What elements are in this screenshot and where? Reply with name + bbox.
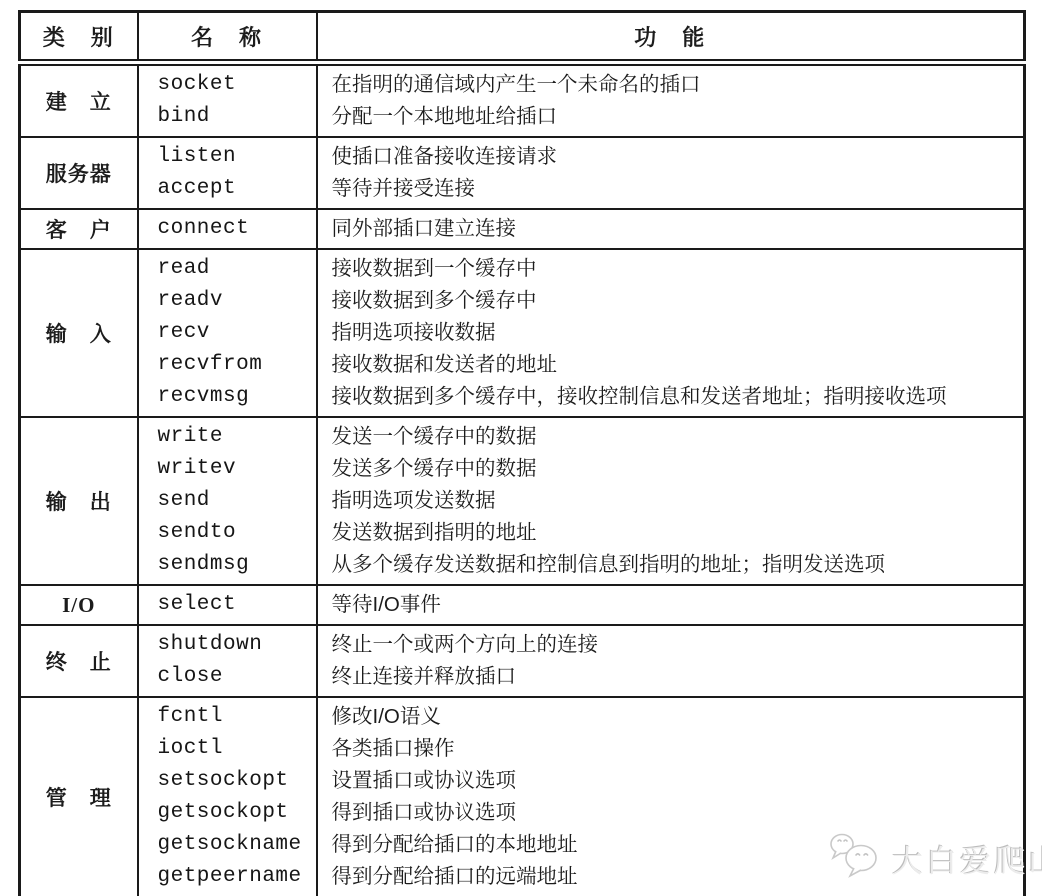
api-description: 同外部插口建立连接 [332,213,1024,245]
api-name: sendto [158,517,316,549]
api-name: close [158,661,316,693]
table-row-server: 服务器 listen accept 使插口准备接收连接请求 等待并接受连接 [20,137,1025,209]
api-name: recvmsg [158,381,316,413]
api-name: getsockopt [158,797,316,829]
api-name: getsockname [158,829,316,861]
category-cell: I/O [20,585,138,625]
api-description: 各类插口操作 [332,733,1024,765]
api-name: setsockopt [158,765,316,797]
table-row-input: 输 入 read readv recv recvfrom recvmsg 接收数… [20,249,1025,417]
api-name: writev [158,453,316,485]
api-name: read [158,253,316,285]
socket-api-table: 类 别 名 称 功 能 建 立 socket bind 在指明的通信域内产生一个… [18,10,1026,896]
api-name: sendmsg [158,549,316,581]
header-function: 功 能 [317,12,1025,63]
api-description: 从多个缓存发送数据和控制信息到指明的地址；指明发送选项 [332,549,1024,581]
api-name: write [158,421,316,453]
api-description: 发送多个缓存中的数据 [332,453,1024,485]
api-description: 发送一个缓存中的数据 [332,421,1024,453]
category-cell: 建 立 [20,63,138,138]
category-cell: 管 理 [20,697,138,896]
api-name: accept [158,173,316,205]
table-row-terminate: 终 止 shutdown close 终止一个或两个方向上的连接 终止连接并释放… [20,625,1025,697]
api-name: recv [158,317,316,349]
table-row-client: 客 户 connect 同外部插口建立连接 [20,209,1025,249]
api-name: recvfrom [158,349,316,381]
api-description: 终止连接并释放插口 [332,661,1024,693]
api-description: 指明选项发送数据 [332,485,1024,517]
api-name: send [158,485,316,517]
api-description: 分配一个本地地址给插口 [332,101,1024,133]
api-description: 终止一个或两个方向上的连接 [332,629,1024,661]
api-description: 接收数据到一个缓存中 [332,253,1024,285]
api-description: 发送数据到指明的地址 [332,517,1024,549]
header-name: 名 称 [138,12,317,63]
document-page: 类 别 名 称 功 能 建 立 socket bind 在指明的通信域内产生一个… [0,0,1042,896]
table-row-io: I/O select 等待I/O事件 [20,585,1025,625]
api-name: bind [158,101,316,133]
api-name: listen [158,141,316,173]
api-description: 在指明的通信域内产生一个未命名的插口 [332,69,1024,101]
api-description: 设置插口或协议选项 [332,765,1024,797]
category-cell: 输 出 [20,417,138,585]
api-name: ioctl [158,733,316,765]
category-cell: 服务器 [20,137,138,209]
api-description: 修改I/O语义 [332,701,1024,733]
api-description: 等待I/O事件 [332,589,1024,621]
api-description: 等待并接受连接 [332,173,1024,205]
api-description: 接收数据到多个缓存中，接收控制信息和发送者地址；指明接收选项 [332,381,1024,413]
api-name: fcntl [158,701,316,733]
category-cell: 终 止 [20,625,138,697]
api-name: getpeername [158,861,316,893]
api-name: select [158,589,316,621]
api-description: 接收数据到多个缓存中 [332,285,1024,317]
api-description: 使插口准备接收连接请求 [332,141,1024,173]
api-description: 得到插口或协议选项 [332,797,1024,829]
api-name: shutdown [158,629,316,661]
header-row: 类 别 名 称 功 能 [20,12,1025,63]
api-name: connect [158,213,316,245]
category-cell: 客 户 [20,209,138,249]
api-description: 接收数据和发送者的地址 [332,349,1024,381]
api-name: socket [158,69,316,101]
api-description: 指明选项接收数据 [332,317,1024,349]
api-description: 得到分配给插口的远端地址 [332,861,1024,893]
table-row-establish: 建 立 socket bind 在指明的通信域内产生一个未命名的插口 分配一个本… [20,63,1025,138]
header-category: 类 别 [20,12,138,63]
table-row-management: 管 理 fcntl ioctl setsockopt getsockopt ge… [20,697,1025,896]
api-description: 得到分配给插口的本地地址 [332,829,1024,861]
api-name: readv [158,285,316,317]
category-cell: 输 入 [20,249,138,417]
table-row-output: 输 出 write writev send sendto sendmsg 发送一… [20,417,1025,585]
